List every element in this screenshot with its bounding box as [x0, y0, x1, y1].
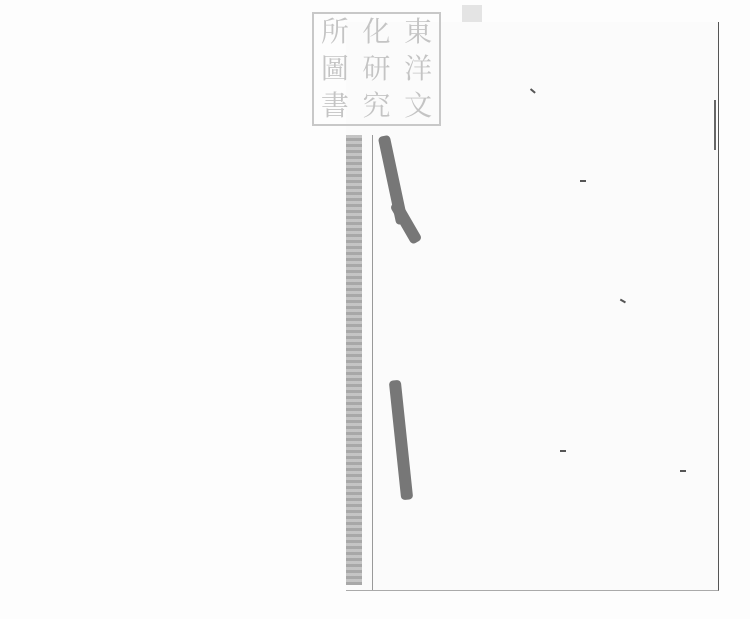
seal-char: 研: [356, 55, 398, 83]
seal-char: 究: [356, 92, 398, 120]
cover-edge-mark: [714, 100, 716, 150]
seal-char: 文: [397, 92, 439, 120]
spine-edge: [362, 135, 373, 590]
paper-speck: [680, 470, 686, 472]
seal-char: 所: [314, 18, 356, 46]
seal-char: 東: [397, 18, 439, 46]
seal-char: 化: [356, 18, 398, 46]
paper-speck: [560, 450, 566, 452]
paper-speck: [580, 180, 586, 182]
library-seal: 東 洋 文 化 研 究 所 圖 書: [312, 12, 441, 126]
seal-char: 洋: [397, 55, 439, 83]
book-spine: [346, 135, 362, 585]
seal-char: 書: [314, 92, 356, 120]
seal-char: 圖: [314, 55, 356, 83]
